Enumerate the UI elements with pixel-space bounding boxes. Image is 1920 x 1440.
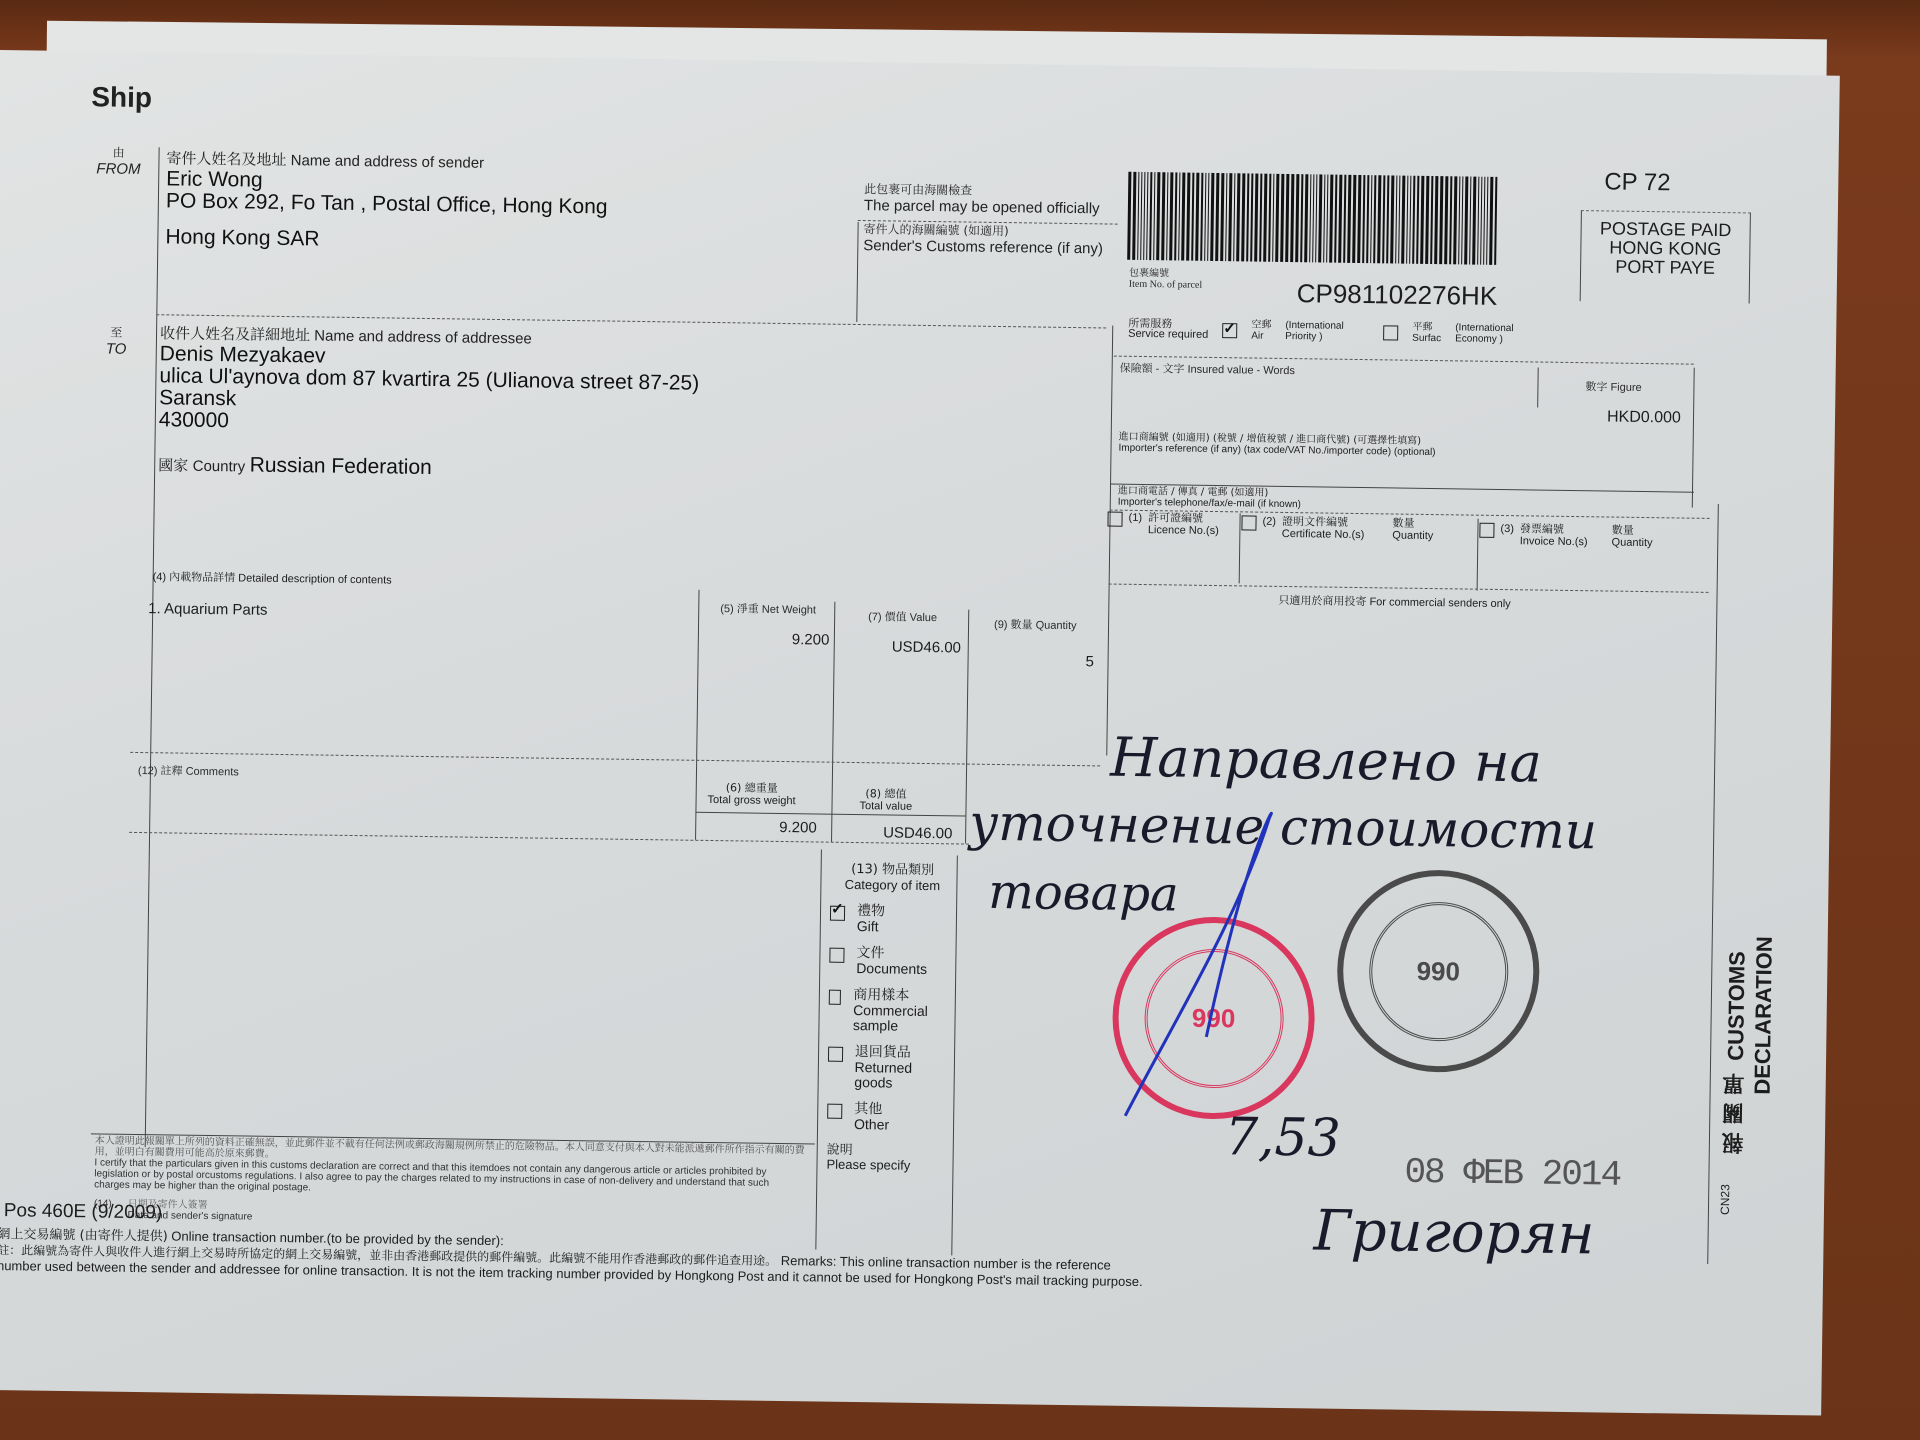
divider	[130, 752, 1100, 767]
category-checkbox[interactable]	[829, 948, 844, 963]
barcode-bar	[1156, 172, 1160, 260]
surface-label: Surfac	[1412, 333, 1441, 344]
addressee-label-cn: 收件人姓名及詳細地址	[160, 324, 310, 344]
title-cn: 報 關 單	[1722, 1073, 1748, 1155]
barcode-bar	[1401, 176, 1405, 264]
barcode-bar	[1174, 172, 1177, 260]
barcode-bar	[1494, 177, 1497, 265]
barcode-bar	[1132, 172, 1136, 260]
divider	[1477, 519, 1479, 591]
to-label: TO	[106, 341, 127, 358]
certificate-qty-cn: 數量	[1392, 517, 1433, 530]
licence-field: (1) 許可證編號Licence No.(s)	[1107, 512, 1219, 538]
barcode-bar	[1477, 177, 1479, 265]
barcode-bar	[1439, 176, 1443, 264]
licence-label: Licence No.(s)	[1148, 524, 1219, 537]
surface-note: (International Economy )	[1455, 322, 1535, 345]
category-checkbox[interactable]	[828, 1047, 843, 1062]
barcode-bar	[1300, 174, 1303, 262]
gross-weight-value: 9.200	[779, 819, 817, 837]
category-option[interactable]: 商用樣本 Commercial sample	[828, 988, 953, 1035]
value-label: (7) 價值 Value	[868, 608, 937, 625]
barcode-bar	[1409, 176, 1411, 264]
barcode-bar	[1200, 173, 1203, 261]
gross-weight-label: (6) 總重量 Total gross weight	[708, 782, 796, 807]
barcode-bar	[1153, 172, 1155, 260]
insured-figure-value: HKD0.000	[1607, 408, 1681, 427]
barcode-bar	[1338, 175, 1342, 263]
addressee-block: 收件人姓名及詳細地址 Name and address of addressee…	[158, 322, 1060, 488]
total-value-en: Total value	[859, 800, 912, 813]
from-marker: 由 FROM	[96, 143, 141, 178]
barcode-bar	[1272, 174, 1274, 262]
divider	[1537, 368, 1539, 408]
item-description: 1. Aquarium Parts	[148, 600, 267, 619]
to-cn: 至	[106, 324, 127, 341]
barcode-bar	[1191, 173, 1194, 261]
opened-label: The parcel may be opened officially	[864, 197, 1114, 217]
barcode-bar	[1377, 175, 1381, 263]
item-no-label: Item No. of parcel	[1129, 279, 1202, 291]
handwritten-note-line-2: уточнение стоимости	[969, 794, 1597, 861]
handwritten-signature: Григорян	[1313, 1198, 1595, 1267]
barcode-bar	[1225, 173, 1227, 261]
logo: Ship	[91, 81, 152, 114]
from-cn: 由	[96, 143, 140, 161]
country-label: Country	[193, 458, 246, 476]
country-value: Russian Federation	[250, 454, 432, 480]
barcode-bar	[1290, 174, 1294, 262]
divider	[1239, 513, 1241, 583]
specify-label: Please specify	[826, 1158, 950, 1174]
barcode-bar	[1461, 176, 1463, 264]
barcode-bar	[1210, 173, 1214, 261]
left-rule	[145, 147, 160, 1147]
barcode	[1127, 172, 1499, 265]
barcode-bar	[1140, 172, 1142, 260]
right-rule	[1707, 504, 1719, 1264]
addressee-label: Name and address of addressee	[314, 327, 532, 347]
divider	[831, 602, 835, 842]
category-label: Other	[854, 1117, 889, 1132]
figure-label: 數字 Figure	[1585, 378, 1641, 395]
official-block: 此包裹可由海關檢查 The parcel may be opened offic…	[863, 180, 1114, 257]
gray-stamp-number: 990	[1368, 901, 1509, 1042]
barcode-bar	[1318, 174, 1322, 262]
barcode-bar	[1486, 177, 1488, 265]
declaration-block: 本人證明此報關單上所列的資料正確無誤，並此郵件並不載有任何法例或郵政海關規例所禁…	[94, 1135, 805, 1230]
service-required: 所需服務 Service required 空郵 Air (Internatio…	[1128, 318, 1535, 346]
category-checkbox[interactable]	[827, 1104, 842, 1119]
divider	[129, 832, 969, 845]
barcode-bar	[1480, 177, 1482, 265]
barcode-bar	[1323, 175, 1325, 263]
barcode-bar	[1416, 176, 1419, 264]
importer-contact-label: Importer's telephone/fax/e-mail (if know…	[1118, 497, 1301, 511]
date-stamp: 08 ФЕВ 2014	[1404, 1152, 1620, 1196]
certificate-cn: 證明文件編號	[1282, 516, 1365, 529]
barcode-bar	[1178, 172, 1180, 260]
service-air-checkbox[interactable]	[1222, 323, 1237, 338]
barcode-bar	[1434, 176, 1438, 264]
cn23-code: CN23	[1718, 1184, 1732, 1215]
sender-region: Hong Kong SAR	[165, 226, 845, 257]
barcode-bar	[1398, 176, 1400, 264]
barcode-bar	[1343, 175, 1346, 263]
barcode-bar	[1220, 173, 1224, 261]
gray-customs-stamp: 990	[1336, 869, 1541, 1074]
barcode-bar	[1472, 177, 1476, 265]
barcode-bar	[1259, 174, 1262, 262]
barcode-bar	[1326, 175, 1328, 263]
barcode-bar	[1315, 174, 1317, 262]
barcode-bar	[1181, 173, 1185, 261]
surface-cn: 平郵	[1412, 322, 1441, 333]
barcode-bar	[1309, 174, 1311, 262]
tracking-number: CP981102276HK	[1297, 278, 1498, 312]
barcode-bar	[1146, 172, 1148, 260]
postage-line-2: HONG KONG	[1581, 238, 1749, 259]
barcode-bar	[1362, 175, 1365, 263]
barcode-bar	[1236, 173, 1240, 261]
barcode-bar	[1370, 175, 1372, 263]
item-net_weight: 9.200	[792, 631, 830, 649]
barcode-bar	[1169, 172, 1173, 260]
category-option[interactable]: 其他 Other	[827, 1102, 951, 1134]
service-label: Service required	[1128, 329, 1208, 341]
category-label: Documents	[856, 961, 927, 977]
handwritten-note-line-1: Направлено на	[1110, 726, 1542, 795]
barcode-bar	[1250, 173, 1253, 261]
barcode-bar	[1382, 175, 1385, 263]
description-label: (4) 內載物品詳情 Detailed description of conte…	[153, 568, 392, 587]
sender-label: Name and address of sender	[291, 152, 485, 172]
barcode-bar	[1449, 176, 1452, 264]
invoice-label: Invoice No.(s)	[1520, 535, 1588, 548]
barcode-bar	[1390, 175, 1394, 263]
licence-checkbox[interactable]	[1107, 512, 1122, 527]
barcode-bar	[1215, 173, 1219, 261]
divider	[1109, 584, 1709, 593]
licence-num: (1)	[1128, 512, 1142, 536]
insurance-right-rule	[1692, 368, 1695, 508]
customs-declaration-form: Ship 由 FROM 寄件人姓名及地址 Name and address of…	[0, 50, 1840, 1416]
category-title-cn: (13) 物品類別	[831, 862, 955, 879]
item-quantity: 5	[1085, 653, 1094, 670]
barcode-bar	[1285, 174, 1289, 262]
barcode-bar	[1228, 173, 1232, 261]
barcode-bar	[1195, 173, 1199, 261]
pos-code: Pos 460E (9/2009)	[4, 1200, 163, 1224]
certificate-num: (2)	[1262, 516, 1276, 540]
barcode-bar	[1357, 175, 1361, 263]
customs-declaration-title-2: DECLARATION	[1750, 855, 1779, 1095]
barcode-bar	[1166, 172, 1168, 260]
divider	[695, 590, 699, 840]
barcode-bar	[1207, 173, 1209, 261]
invoice-field: (3) 發票編號Invoice No.(s) 數量Quantity	[1479, 523, 1653, 549]
insured-words-label: 保險額 - 文字 Insured value - Words	[1120, 360, 1295, 378]
invoice-cn: 發票編號	[1520, 523, 1588, 536]
barcode-bar	[1469, 177, 1471, 265]
barcode-bar	[1204, 173, 1206, 261]
barcode-bar	[1149, 172, 1152, 260]
barcode-bar	[1280, 174, 1284, 262]
barcode-bar	[1143, 172, 1145, 260]
customs-declaration-title: 報 關 單 CUSTOMS	[1723, 854, 1751, 1154]
category-options: 禮物 Gift 文件 Documents 商用樣本 Commercial sam…	[827, 904, 954, 1134]
postage-line-1: POSTAGE PAID	[1582, 219, 1750, 240]
category-box: (13) 物品類別 Category of item 禮物 Gift 文件 Do…	[826, 862, 954, 1174]
category-title: Category of item	[830, 877, 954, 894]
commercial-note: 只適用於商用投寄 For commercial senders only	[1278, 592, 1510, 611]
barcode-bar	[1395, 176, 1397, 264]
comments-label: (12) 註釋 Comments	[138, 762, 239, 779]
invoice-qty-cn: 數量	[1612, 525, 1653, 538]
service-surface-checkbox[interactable]	[1383, 325, 1398, 340]
barcode-bar	[1430, 176, 1433, 264]
barcode-bar	[1263, 174, 1267, 262]
barcode-bar	[1334, 175, 1337, 263]
to-marker: 至 TO	[106, 324, 127, 358]
certificate-field: (2) 證明文件編號Certificate No.(s) 數量Quantity	[1241, 515, 1433, 542]
licence-cn: 許可證編號	[1148, 512, 1219, 525]
importer-contact: 進口商電話 / 傳真 / 電郵 (如適用) Importer's telepho…	[1118, 486, 1301, 511]
barcode-bar	[1254, 174, 1258, 262]
barcode-bar	[1483, 177, 1485, 265]
form-code: CP 72	[1604, 168, 1671, 197]
title-en-1: CUSTOMS	[1723, 951, 1750, 1061]
barcode-bar	[1464, 176, 1468, 264]
sender-block: 寄件人姓名及地址 Name and address of sender Eric…	[165, 147, 846, 257]
certificate-checkbox[interactable]	[1241, 515, 1256, 530]
barcode-bar	[1137, 172, 1139, 260]
barcode-bar	[1386, 175, 1389, 263]
item-no-label-block: 包裹編號 Item No. of parcel	[1129, 264, 1203, 291]
barcode-bar	[1161, 172, 1165, 260]
barcode-bar	[1420, 176, 1424, 264]
barcode-bar	[1406, 176, 1408, 264]
category-checkbox[interactable]	[830, 906, 845, 921]
handwritten-note-line-3: товара	[988, 864, 1179, 923]
total-value-label: (8) 總值 Total value	[859, 788, 912, 813]
insurance-left-rule	[1106, 326, 1113, 756]
sender-label-cn: 寄件人姓名及地址	[166, 149, 286, 169]
barcode-bar	[1347, 175, 1351, 263]
barcode-bar	[1444, 176, 1448, 264]
certificate-label: Certificate No.(s)	[1282, 528, 1365, 541]
gross-weight-en: Total gross weight	[708, 794, 796, 807]
barcode-bar	[1453, 176, 1457, 264]
barcode-bar	[1186, 173, 1190, 261]
barcode-bar	[1352, 175, 1356, 263]
category-label: Commercial sample	[853, 1003, 953, 1034]
category-option[interactable]: 文件 Documents	[829, 946, 953, 978]
invoice-num: (3)	[1500, 523, 1514, 547]
air-cn: 空郵	[1251, 319, 1271, 330]
category-option[interactable]: 禮物 Gift	[830, 904, 954, 936]
barcode-bar	[1312, 174, 1314, 262]
barcode-bar	[1295, 174, 1299, 262]
net-weight-label: (5) 淨重 Net Weight	[720, 600, 816, 617]
barcode-bar	[1458, 176, 1460, 264]
barcode-bar	[1275, 174, 1279, 262]
barcode-bar	[1412, 176, 1415, 264]
postage-line-3: PORT PAYE	[1581, 257, 1749, 278]
importer-ref: 進口商編號 (如適用) (稅號 / 增值稅號 / 進口商代號) (可選擇性填寫)…	[1118, 432, 1435, 458]
item-value: USD46.00	[892, 639, 961, 657]
divider	[856, 222, 858, 322]
barcode-bar	[1304, 174, 1308, 262]
total-value-value: USD46.00	[883, 824, 952, 842]
invoice-checkbox[interactable]	[1479, 523, 1494, 538]
quantity-label: (9) 數量 Quantity	[994, 616, 1077, 633]
category-option[interactable]: 退回貨品 Returned goods	[828, 1045, 953, 1092]
divider	[815, 850, 822, 1250]
barcode-bar	[1425, 176, 1429, 264]
barcode-bar	[1268, 174, 1271, 262]
barcode-bar	[1127, 172, 1131, 260]
air-label: Air	[1251, 330, 1271, 341]
postage-paid-box: POSTAGE PAID HONG KONG PORT PAYE	[1580, 210, 1751, 303]
air-note: (International Priority )	[1285, 320, 1355, 343]
handwritten-amount: 7,53	[1225, 1107, 1342, 1169]
category-checkbox[interactable]	[829, 990, 842, 1005]
barcode-bar	[1246, 173, 1249, 261]
from-label: FROM	[96, 160, 140, 178]
barcode-bar	[1366, 175, 1369, 263]
invoice-qty-label: Quantity	[1612, 537, 1653, 550]
category-label: Gift	[857, 919, 885, 934]
certificate-qty-label: Quantity	[1392, 529, 1433, 542]
barcode-bar	[1233, 173, 1235, 261]
item-no-cn: 包裹編號	[1129, 264, 1203, 280]
customs-ref-label: Sender's Customs reference (if any)	[863, 237, 1113, 257]
barcode-bar	[1241, 173, 1245, 261]
barcode-bar	[1329, 175, 1333, 263]
barcode-bar	[1373, 175, 1376, 263]
category-label: Returned goods	[854, 1060, 952, 1091]
total-value-cn: (8) 總值	[860, 788, 913, 801]
country-cn: 國家	[158, 456, 188, 474]
barcode-bar	[1489, 177, 1493, 265]
